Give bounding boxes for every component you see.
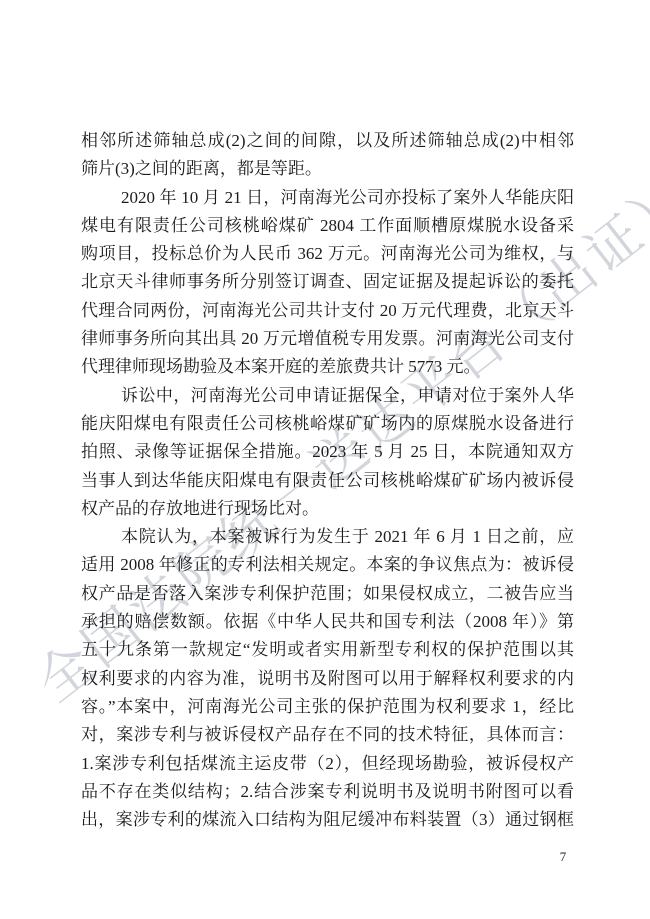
text-line: 五十九条第一款规定“发明或者实用新型专利权的保护范围以其: [81, 636, 574, 664]
text-line: 2020 年 10 月 21 日，河南海光公司亦投标了案外人华能庆阳: [81, 184, 574, 212]
text-line: 律师事务所向其出具 20 万元增值税专用发票。河南海光公司支付: [81, 325, 574, 353]
text-line: 权产品的存放地进行现场比对。: [81, 495, 574, 523]
text-line: 代理合同两份，河南海光公司共计支付 20 万元代理费，北京天斗: [81, 297, 574, 325]
text-line: 购项目，投标总价为人民币 362 万元。河南海光公司为维权，与: [81, 240, 574, 268]
text-line: 承担的赔偿数额。依据《中华人民共和国专利法（2008 年）》第: [81, 608, 574, 636]
text-line: 北京天斗律师事务所分别签订调查、固定证据及提起诉讼的委托: [81, 268, 574, 296]
text-line: 能庆阳煤电有限责任公司核桃峪煤矿矿场内的原煤脱水设备进行: [81, 410, 574, 438]
text-line: 权产品是否落入案涉专利保护范围；如果侵权成立，二被告应当: [81, 580, 574, 608]
text-line: 当事人到达华能庆阳煤电有限责任公司核桃峪煤矿矿场内被诉侵: [81, 467, 574, 495]
text-line: 相邻所述筛轴总成(2)之间的间隙，以及所述筛轴总成(2)中相邻: [81, 127, 574, 155]
text-line: 品不存在类似结构；2.结合涉案专利说明书及说明书附图可以看: [81, 778, 574, 806]
text-line: 出，案涉专利的煤流入口结构为阻尼缓冲布料装置（3）通过钢框: [81, 806, 574, 834]
document-body: 相邻所述筛轴总成(2)之间的间隙，以及所述筛轴总成(2)中相邻筛片(3)之间的距…: [81, 127, 574, 834]
page-number: 7: [553, 849, 573, 865]
text-line: 容。”本案中，河南海光公司主张的保护范围为权利要求 1，经比: [81, 693, 574, 721]
text-line: 诉讼中，河南海光公司申请证据保全，申请对位于案外人华: [81, 382, 574, 410]
text-line: 筛片(3)之间的距离，都是等距。: [81, 155, 574, 183]
text-line: 权利要求的内容为准，说明书及附图可以用于解释权利要求的内: [81, 665, 574, 693]
text-line: 拍照、录像等证据保全措施。2023 年 5 月 25 日，本院通知双方: [81, 438, 574, 466]
text-line: 适用 2008 年修正的专利法相关规定。本案的争议焦点为：被诉侵: [81, 551, 574, 579]
text-line: 对，案涉专利与被诉侵权产品存在不同的技术特征，具体而言：: [81, 721, 574, 749]
text-line: 代理律师现场勘验及本案开庭的差旅费共计 5773 元。: [81, 353, 574, 381]
text-line: 1.案涉专利包括煤流主运皮带（2），但经现场勘验，被诉侵权产: [81, 750, 574, 778]
text-line: 本院认为，本案被诉行为发生于 2021 年 6 月 1 日之前，应: [81, 523, 574, 551]
document-page: 全国法院统一送达平台（出证） 相邻所述筛轴总成(2)之间的间隙，以及所述筛轴总成…: [0, 0, 650, 919]
text-line: 煤电有限责任公司核桃峪煤矿 2804 工作面顺槽原煤脱水设备采: [81, 212, 574, 240]
